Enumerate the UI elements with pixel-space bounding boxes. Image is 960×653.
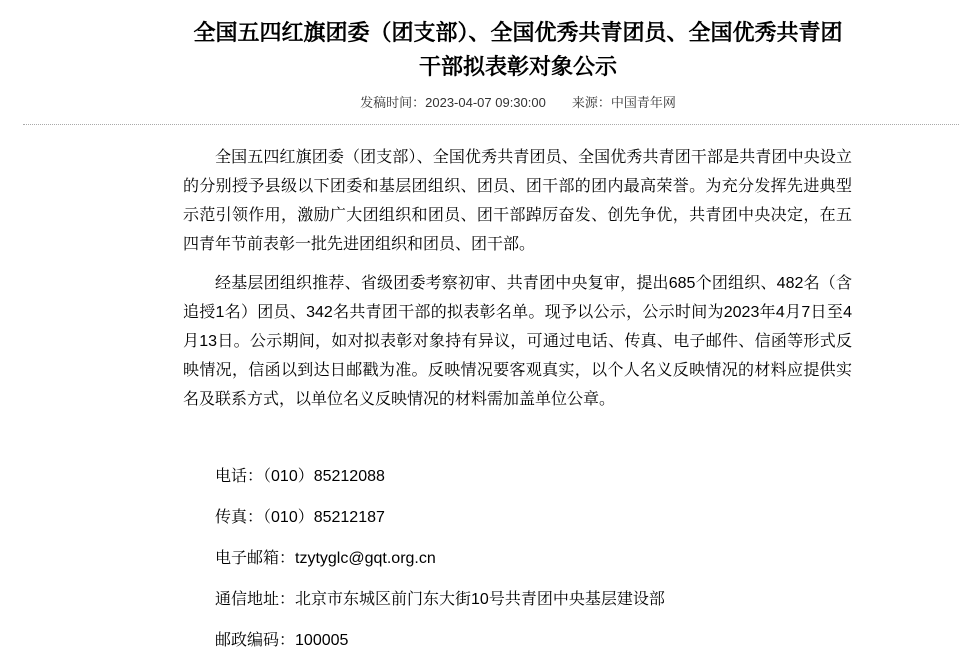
contact-fax-label: 传真： — [215, 509, 263, 526]
body-paragraph: 全国五四红旗团委（团支部）、全国优秀共青团员、全国优秀共青团干部是共青团中央设立… — [183, 143, 852, 259]
article-page: 全国五四红旗团委（团支部）、全国优秀共青团员、全国优秀共青团干部拟表彰对象公示 … — [23, 16, 960, 653]
article-meta: 发稿时间：2023-04-07 09:30:00来源：中国青年网 — [23, 94, 960, 112]
contact-postal-code: 邮政编码：100005 — [183, 626, 852, 653]
article-body: 全国五四红旗团委（团支部）、全国优秀共青团员、全国优秀共青团干部是共青团中央设立… — [183, 143, 852, 653]
contact-fax: 传真：（010）85212187 — [183, 503, 852, 532]
publish-time-value: 2023-04-07 09:30:00 — [425, 95, 546, 110]
contact-postal-code-label: 邮政编码： — [215, 632, 295, 649]
contact-email: 电子邮箱：tzytyglc@gqt.org.cn — [183, 544, 852, 573]
article-title: 全国五四红旗团委（团支部）、全国优秀共青团员、全国优秀共青团干部拟表彰对象公示 — [192, 16, 844, 84]
contact-email-value: tzytyglc@gqt.org.cn — [295, 550, 436, 567]
paragraph-spacer — [183, 424, 852, 462]
contact-address: 通信地址：北京市东城区前门东大街10号共青团中央基层建设部 — [183, 585, 852, 614]
source-name: 中国青年网 — [611, 95, 676, 110]
publish-time-label: 发稿时间： — [360, 95, 425, 110]
contact-phone-value: （010）85212088 — [263, 468, 385, 485]
body-paragraph: 经基层团组织推荐、省级团委考察初审、共青团中央复审，提出685个团组织、482名… — [183, 269, 852, 414]
dotted-divider — [23, 124, 960, 125]
contact-fax-value: （010）85212187 — [263, 509, 385, 526]
contact-address-label: 通信地址： — [215, 591, 295, 608]
contact-email-label: 电子邮箱： — [215, 550, 295, 567]
contact-phone-label: 电话： — [215, 468, 263, 485]
contact-postal-code-value: 100005 — [295, 632, 348, 649]
source-label: 来源： — [572, 95, 611, 110]
contact-phone: 电话：（010）85212088 — [183, 462, 852, 491]
contact-address-value: 北京市东城区前门东大街10号共青团中央基层建设部 — [295, 591, 665, 608]
